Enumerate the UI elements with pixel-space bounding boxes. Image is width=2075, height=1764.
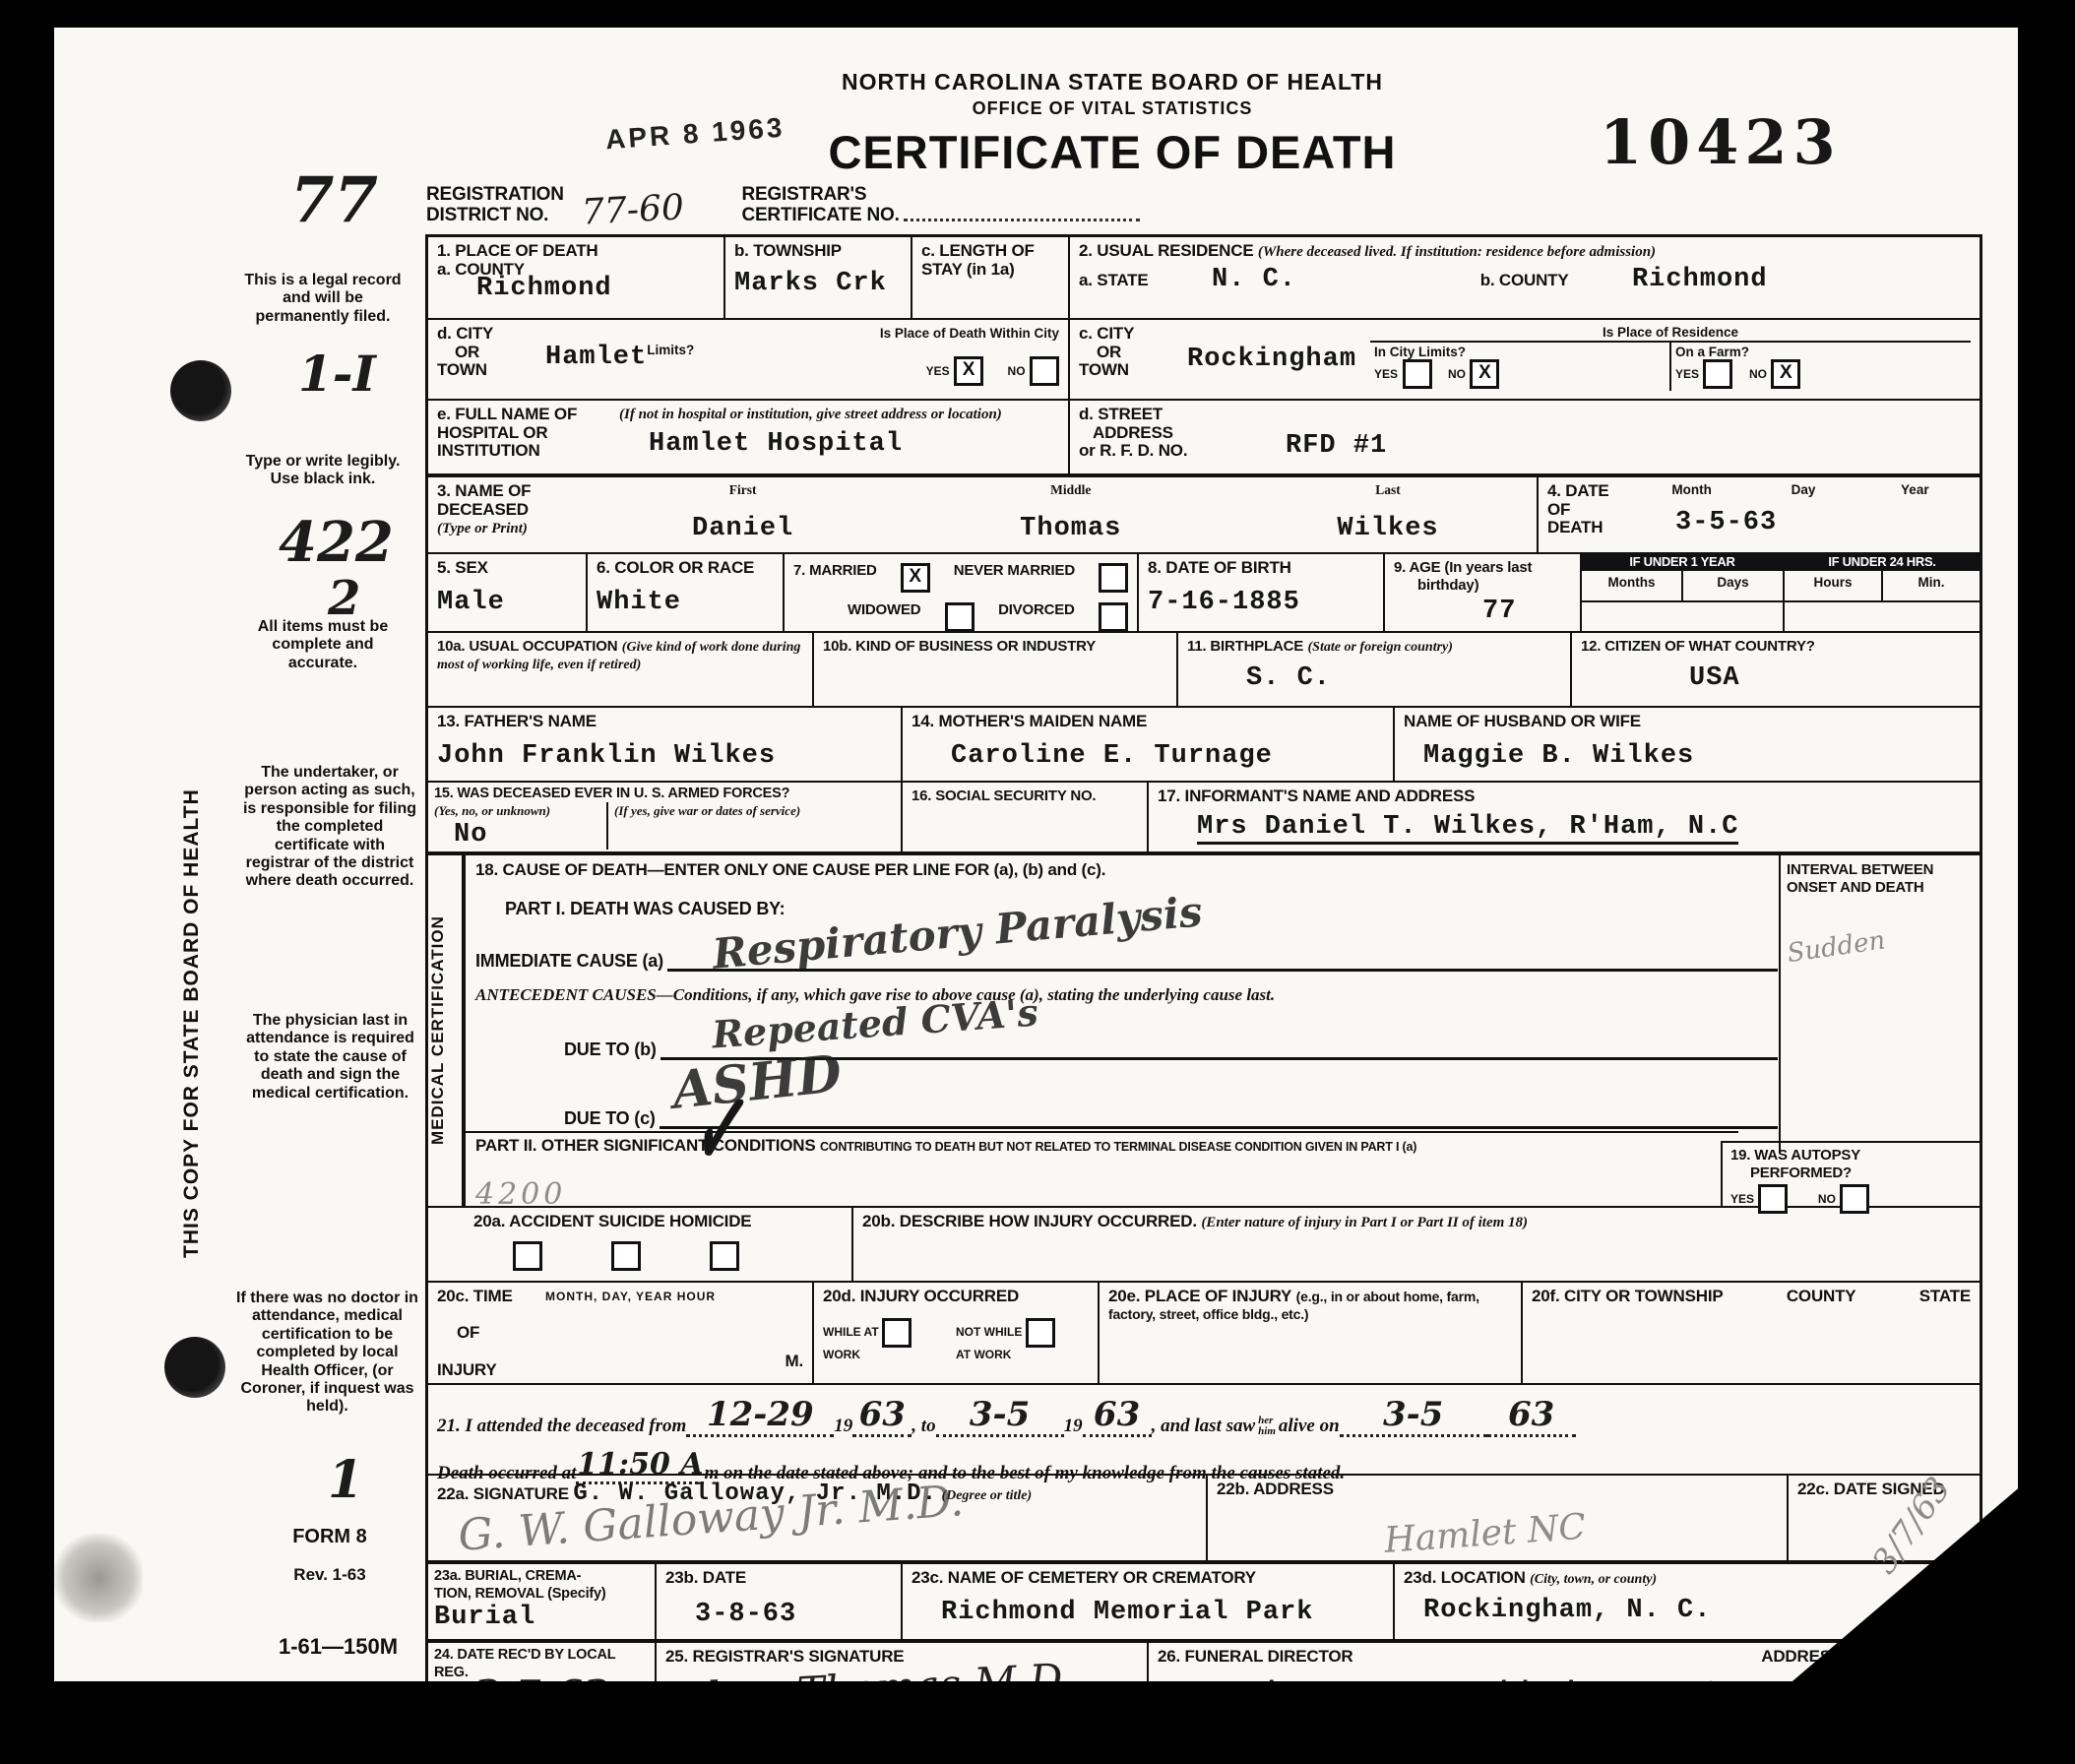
field-social-security: 16. SOCIAL SECURITY NO. (901, 783, 1147, 851)
field-place-of-injury: 20e. PLACE OF INJURY (e.g., in or about … (1098, 1283, 1521, 1383)
row-accident: 20a. ACCIDENT SUICIDE HOMICIDE 20b. DESC… (428, 1206, 1980, 1281)
margin-note-type: Type or write legibly. Use black ink. (239, 453, 407, 489)
row-parents-spouse: 13. FATHER'S NAME John Franklin Wilkes 1… (428, 706, 1980, 781)
accident-label: 20a. ACCIDENT SUICIDE HOMICIDE (473, 1212, 751, 1230)
field-usual-occupation: 10a. USUAL OCCUPATION (Give kind of work… (428, 633, 812, 706)
field-informant: 17. INFORMANT'S NAME AND ADDRESS Mrs Dan… (1147, 783, 1980, 851)
middle-name-col: Middle Thomas (894, 482, 1248, 543)
part2-note: CONTRIBUTING TO DEATH BUT NOT RELATED TO… (820, 1140, 1416, 1154)
usual-residence-label: 2. USUAL RESIDENCE (1079, 241, 1253, 260)
spouse-value: Maggie B. Wilkes (1423, 741, 1971, 771)
field-burial-type: 23a. BURIAL, CREMA- TION, REMOVAL (Speci… (428, 1564, 655, 1639)
divorced-checkbox (1099, 602, 1128, 632)
row-armed-forces-informant: 15. WAS DECEASED EVER IN U. S. ARMED FOR… (428, 781, 1980, 851)
birthplace-note: (State or foreign country) (1308, 640, 1453, 655)
field-color-race: 6. COLOR OR RACE White (586, 554, 783, 631)
injury-occurred-label: 20d. INJURY OCCURRED (823, 1287, 1019, 1305)
field-age: 9. AGE (In years last birthday) 77 (1383, 554, 1580, 631)
margin-note-legal: This is a legal record and will be perma… (239, 272, 407, 326)
color-race-label: 6. COLOR OR RACE (597, 558, 754, 577)
field-place-of-death-county: 1. PLACE OF DEATH a. COUNTY Richmond (428, 237, 723, 318)
length-of-stay-label: c. LENGTH OF STAY (in 1a) (921, 241, 1035, 279)
margin-handwritten-77: 77 (290, 163, 378, 237)
age-value: 77 (1482, 597, 1571, 626)
cause-of-death-label: 18. CAUSE OF DEATH—ENTER ONLY ONE CAUSE … (475, 861, 1778, 880)
field-if-under-24-hrs: IF UNDER 24 HRS. Hours Min. (1783, 554, 1980, 631)
first-name-value: Daniel (593, 514, 894, 543)
never-married-label: NEVER MARRIED (954, 563, 1075, 593)
birthplace-label: 11. BIRTHPLACE (1187, 638, 1303, 655)
interval-value: Sudden (1786, 913, 1975, 969)
row-burial: 23a. BURIAL, CREMA- TION, REMOVAL (Speci… (428, 1560, 1980, 1639)
citizen-label: 12. CITIZEN OF WHAT COUNTRY? (1581, 638, 1815, 655)
never-married-checkbox (1099, 563, 1128, 593)
field-hospital: e. FULL NAME OF HOSPITAL OR INSTITUTION … (428, 401, 1068, 473)
farm-yes-checkbox (1703, 359, 1732, 389)
last-alive-year: 63 (1508, 1395, 1554, 1434)
death-limits-yes-label: YES (926, 364, 950, 378)
field-death-city: d. CITY OR TOWN Hamlet Is Place of Death… (428, 320, 1068, 399)
burial-date-value: 3-8-63 (695, 1600, 892, 1629)
field-fathers-name: 13. FATHER'S NAME John Franklin Wilkes (428, 708, 901, 781)
cemetery-label: 23c. NAME OF CEMETERY OR CREMATORY (912, 1568, 1256, 1587)
suicide-checkbox (611, 1241, 641, 1271)
field-if-under-1-year: IF UNDER 1 YEAR Months Days (1580, 554, 1783, 631)
margin-handwritten-422: 422 (279, 510, 394, 575)
hospital-note: (If not in hospital or institution, give… (619, 407, 1002, 422)
in-city-no-label: NO (1448, 367, 1466, 381)
ssn-label: 16. SOCIAL SECURITY NO. (912, 787, 1096, 804)
row-occupation-birthplace: 10a. USUAL OCCUPATION (Give kind of work… (428, 631, 1980, 706)
field-husband-or-wife: NAME OF HUSBAND OR WIFE Maggie B. Wilkes (1393, 708, 1980, 781)
row-sex-race-marital: 5. SEX Male 6. COLOR OR RACE White 7. MA… (428, 552, 1980, 631)
in-city-no-checkbox: X (1470, 359, 1499, 389)
registration-line: REGISTRATION DISTRICT NO. 77-60 REGISTRA… (426, 185, 1657, 230)
field-date-received: 24. DATE REC'D BY LOCAL REG. 3-7-63 (428, 1643, 655, 1681)
hospital-label: e. FULL NAME OF HOSPITAL OR INSTITUTION (437, 406, 619, 461)
her-him-stack: herhim (1258, 1416, 1276, 1437)
armed-forces-note2: (If yes, give war or dates of service) (614, 803, 800, 818)
attended-to-value: 3-5 (970, 1395, 1030, 1434)
homicide-checkbox (710, 1241, 739, 1271)
margin-note-no-doctor: If there was no doctor in attendance, me… (236, 1290, 418, 1417)
punch-hole-top (170, 360, 231, 421)
burial-date-label: 23b. DATE (665, 1568, 746, 1587)
in-city-yes-checkbox (1403, 359, 1432, 389)
injury-city-label: 20f. CITY OR TOWNSHIP (1532, 1288, 1723, 1306)
in-city-yes-label: YES (1374, 367, 1398, 381)
last-name-col: Last Wilkes (1248, 482, 1528, 543)
sex-label: 5. SEX (437, 558, 488, 577)
row-place-residence: 1. PLACE OF DEATH a. COUNTY Richmond b. … (428, 237, 1980, 318)
married-checkbox: X (901, 563, 930, 593)
field-armed-forces: 15. WAS DECEASED EVER IN U. S. ARMED FOR… (428, 783, 901, 851)
date-received-value: 3-7-63 (473, 1671, 649, 1681)
death-city-value: Hamlet (545, 343, 647, 386)
death-city-label: d. CITY OR TOWN (437, 325, 545, 386)
in-city-limits-group: In City Limits? YES NO X (1370, 343, 1671, 392)
board-name: NORTH CAROLINA STATE BOARD OF HEALTH (546, 69, 1678, 95)
place-of-death-label: 1. PLACE OF DEATH (437, 241, 597, 260)
last-name-value: Wilkes (1248, 514, 1528, 543)
widowed-label: WIDOWED (848, 602, 920, 632)
attended-alive-on: alive on (1279, 1416, 1340, 1437)
year-prefix-1: 19 (834, 1416, 852, 1437)
field-cemetery: 23c. NAME OF CEMETERY OR CREMATORY Richm… (901, 1564, 1393, 1639)
scanned-death-certificate: { "page": { "stamp_number": "10423", "da… (0, 0, 2075, 1764)
row-name-date-of-death: 3. NAME OF DECEASED (Type or Print) Firs… (428, 473, 1980, 552)
fathers-name-value: John Franklin Wilkes (437, 741, 892, 771)
street-address-value: RFD #1 (1286, 431, 1387, 461)
mothers-name-value: Caroline E. Turnage (951, 741, 1384, 771)
birthplace-value: S. C. (1246, 663, 1561, 693)
state-value: N. C. (1212, 265, 1296, 294)
day-header: Day (1747, 482, 1858, 498)
attended-to-year: 63 (1094, 1395, 1140, 1434)
divorced-label: DIVORCED (998, 602, 1075, 632)
field-birthplace: 11. BIRTHPLACE (State or foreign country… (1176, 633, 1570, 706)
field-signer-address: 22b. ADDRESS Hamlet NC (1206, 1476, 1787, 1560)
margin-handwritten-1I: 1-I (298, 345, 376, 403)
time-of-injury-m: M. (545, 1353, 803, 1371)
row-hospital-street: e. FULL NAME OF HOSPITAL OR INSTITUTION … (428, 399, 1980, 473)
burial-value: Burial (434, 1603, 649, 1632)
certificate-form: 1. PLACE OF DEATH a. COUNTY Richmond b. … (425, 234, 1982, 1681)
describe-injury-label: 20b. DESCRIBE HOW INJURY OCCURRED. (862, 1212, 1197, 1230)
attended-last-saw: , and last saw (1152, 1416, 1256, 1437)
date-of-death-label: 4. DATE OF DEATH (1547, 482, 1636, 537)
residence-state: a. STATE N. C. (1079, 265, 1480, 294)
farm-no-checkbox: X (1771, 359, 1800, 389)
field-township: b. TOWNSHIP Marks Crk (723, 237, 911, 318)
row-physician-signature: 22a. SIGNATURE G. W. Galloway, Jr. M.D. … (428, 1474, 1980, 1560)
field-attended-statement: 21. I attended the deceased from 12-29 1… (428, 1385, 1980, 1474)
middle-name-value: Thomas (894, 514, 1248, 543)
punch-hole-bottom (164, 1337, 225, 1398)
residence-county-label: b. COUNTY (1480, 271, 1569, 289)
medical-certification-label: MEDICAL CERTIFICATION (428, 855, 462, 1206)
form-revision: Rev. 1-63 (266, 1565, 394, 1585)
row-injury-details: 20c. TIME OF INJURY MONTH, DAY, YEAR HOU… (428, 1281, 1980, 1383)
informant-value: Mrs Daniel T. Wilkes, R'Ham, N.C (1197, 812, 1738, 845)
field-usual-residence: 2. USUAL RESIDENCE (Where deceased lived… (1068, 237, 1980, 318)
signature-label: 22a. SIGNATURE (437, 1484, 569, 1503)
not-while-at-work-group: NOT WHILE AT WORK (956, 1318, 1055, 1361)
year-header: Year (1859, 482, 1971, 498)
death-limits-yes-checkbox: X (954, 356, 983, 386)
on-farm-group: On a Farm? YES NO X (1671, 343, 1971, 392)
not-while-at-work-checkbox (1026, 1318, 1055, 1348)
field-signature: 22a. SIGNATURE G. W. Galloway, Jr. M.D. … (428, 1476, 1206, 1560)
attended-pre: 21. I attended the deceased from (437, 1416, 686, 1437)
signer-address-label: 22b. ADDRESS (1217, 1480, 1334, 1498)
attended-to-word: , to (912, 1416, 935, 1437)
part2-handwritten-code: 4200 (475, 1177, 566, 1212)
time-of-injury-label: 20c. TIME OF INJURY (437, 1288, 545, 1379)
death-city-limits-label: Is Place of Death Within City Limits? (880, 326, 1059, 341)
sex-value: Male (437, 588, 577, 617)
field-length-of-stay: c. LENGTH OF STAY (in 1a) (911, 237, 1068, 318)
residence-county-value: Richmond (1632, 265, 1768, 294)
in-city-limits-label: In City Limits? (1374, 345, 1666, 360)
age-label: 9. AGE (In years last birthday) (1394, 559, 1532, 594)
death-limits-no-checkbox (1030, 356, 1059, 386)
field-mothers-maiden-name: 14. MOTHER'S MAIDEN NAME Caroline E. Tur… (901, 708, 1393, 781)
scan-smudge (54, 1534, 143, 1622)
funeral-director-label: 26. FUNERAL DIRECTOR (1158, 1647, 1352, 1666)
field-describe-injury: 20b. DESCRIBE HOW INJURY OCCURRED. (Ente… (851, 1208, 1980, 1281)
certificate-paper: NORTH CAROLINA STATE BOARD OF HEALTH OFF… (54, 28, 2018, 1681)
field-injury-occurred: 20d. INJURY OCCURRED WHILE AT WORK NOT W… (812, 1283, 1098, 1383)
under-24-hrs-header: IF UNDER 24 HRS. (1785, 554, 1980, 569)
married-label: 7. MARRIED (793, 563, 877, 593)
township-value: Marks Crk (734, 269, 902, 298)
part2-area: PART II. OTHER SIGNIFICANT CONDITIONS CO… (466, 1131, 1738, 1206)
location-note: (City, town, or county) (1530, 1572, 1657, 1587)
row-registrar: 24. DATE REC'D BY LOCAL REG. 3-7-63 25. … (428, 1639, 1980, 1681)
margin-note-complete: All items must be complete and accurate. (239, 618, 407, 672)
autopsy-no-label: NO (1818, 1192, 1836, 1206)
field-injury-city-county-state: 20f. CITY OR TOWNSHIP COUNTY STATE (1521, 1283, 1980, 1383)
on-farm-label: On a Farm? (1675, 345, 1967, 360)
first-name-col: First Daniel (593, 482, 894, 543)
due-to-b-label: DUE TO (b) (564, 1040, 657, 1060)
field-name-of-deceased: 3. NAME OF DECEASED (Type or Print) Firs… (428, 477, 1537, 552)
field-burial-date: 23b. DATE 3-8-63 (655, 1564, 901, 1639)
business-label: 10b. KIND OF BUSINESS OR INDUSTRY (823, 638, 1096, 655)
form-number: FORM 8 (266, 1526, 394, 1548)
township-label: b. TOWNSHIP (734, 241, 842, 260)
armed-forces-note1: (Yes, no, or unknown) (434, 803, 550, 818)
signer-address-value: Hamlet NC (1383, 1493, 1779, 1561)
field-date-of-death: 4. DATE OF DEATH Month Day Year 3-5-63 (1537, 477, 1980, 552)
reg-district-label: REGISTRATION DISTRICT NO. (426, 185, 564, 226)
state-label: a. STATE (1079, 271, 1149, 289)
name-of-deceased-label: 3. NAME OF DECEASED (Type or Print) (437, 482, 593, 543)
first-name-header: First (593, 482, 894, 498)
field-marital-status: 7. MARRIED X NEVER MARRIED WIDOWED DIVOR… (783, 554, 1137, 631)
margin-handwritten-1: 1 (328, 1450, 363, 1510)
immediate-cause-label: IMMEDIATE CAUSE (a) (475, 952, 663, 972)
field-date-of-birth: 8. DATE OF BIRTH 7-16-1885 (1137, 554, 1383, 631)
last-alive-value: 3-5 (1383, 1395, 1443, 1434)
due-to-c-label: DUE TO (c) (564, 1109, 656, 1129)
injury-state-label: STATE (1919, 1288, 1971, 1306)
date-of-death-value: 3-5-63 (1675, 508, 1971, 537)
field-time-of-injury: 20c. TIME OF INJURY MONTH, DAY, YEAR HOU… (428, 1283, 812, 1383)
informant-label: 17. INFORMANT'S NAME AND ADDRESS (1158, 787, 1475, 805)
hospital-value: Hamlet Hospital (649, 429, 1002, 459)
death-limits-no-label: NO (1008, 364, 1026, 378)
describe-injury-note: (Enter nature of injury in Part I or Par… (1201, 1215, 1528, 1230)
cemetery-value: Richmond Memorial Park (941, 1598, 1384, 1627)
spouse-label: NAME OF HUSBAND OR WIFE (1404, 712, 1641, 730)
field-autopsy: 19. WAS AUTOPSY PERFORMED? YES NO (1721, 1141, 1980, 1206)
residence-county: b. COUNTY Richmond (1480, 265, 1971, 294)
days-header: Days (1683, 571, 1783, 600)
cause-of-death-area: 18. CAUSE OF DEATH—ENTER ONLY ONE CAUSE … (466, 855, 1788, 1135)
date-of-birth-value: 7-16-1885 (1148, 588, 1374, 617)
row-medical-certification: MEDICAL CERTIFICATION INTERVAL BETWEEN O… (428, 851, 1980, 1206)
time-of-injury-sub: MONTH, DAY, YEAR HOUR (545, 1290, 716, 1303)
field-citizen: 12. CITIZEN OF WHAT COUNTRY? USA (1570, 633, 1980, 706)
location-label: 23d. LOCATION (1404, 1568, 1526, 1587)
interval-label: INTERVAL BETWEEN ONSET AND DEATH (1787, 861, 1933, 896)
armed-forces-value: No (454, 820, 606, 850)
middle-name-header: Middle (894, 482, 1248, 498)
injury-county-label: COUNTY (1787, 1288, 1856, 1306)
min-header: Min. (1883, 571, 1980, 600)
field-residence-city: c. CITY OR TOWN Rockingham Is Place of R… (1068, 320, 1980, 399)
is-place-of-residence-label: Is Place of Residence (1370, 325, 1971, 343)
last-name-header: Last (1248, 482, 1528, 498)
attended-from-value: 12-29 (707, 1395, 814, 1434)
part2-label: PART II. OTHER SIGNIFICANT CONDITIONS (475, 1136, 816, 1155)
months-header: Months (1582, 571, 1683, 600)
funeral-director-value: Marks (1217, 1678, 1301, 1681)
attended-from-year: 63 (859, 1395, 906, 1434)
field-registrar-signature: 25. REGISTRAR'S SIGNATURE Clem Thomas M.… (655, 1643, 1147, 1681)
armed-forces-left: (Yes, no, or unknown) No (434, 802, 608, 850)
margin-note-undertaker: The undertaker, or person acting as such… (241, 764, 418, 891)
print-code: 1-61—150M (279, 1634, 398, 1660)
autopsy-label: 19. WAS AUTOPSY PERFORMED? (1730, 1147, 1860, 1181)
year-prefix-2: 19 (1064, 1416, 1083, 1437)
farm-no-label: NO (1749, 367, 1767, 381)
burial-label: 23a. BURIAL, CREMA- TION, REMOVAL (Speci… (434, 1568, 606, 1602)
field-accident-suicide-homicide: 20a. ACCIDENT SUICIDE HOMICIDE (428, 1208, 851, 1281)
margin-vertical-copy-label: THIS COPY FOR STATE BOARD OF HEALTH (180, 667, 204, 1258)
registrar-cert-blank (904, 185, 1140, 221)
mothers-name-label: 14. MOTHER'S MAIDEN NAME (912, 712, 1147, 730)
registrar-signature-label: 25. REGISTRAR'S SIGNATURE (665, 1647, 904, 1666)
registrar-cert-label: REGISTRAR'S CERTIFICATE NO. (741, 185, 899, 226)
antecedent-label: ANTECEDENT CAUSES—Conditions, if any, wh… (475, 985, 1778, 1005)
field-business-industry: 10b. KIND OF BUSINESS OR INDUSTRY (812, 633, 1176, 706)
hours-header: Hours (1785, 571, 1883, 600)
field-street-address: d. STREET ADDRESS or R. F. D. NO. RFD #1 (1068, 401, 1980, 473)
while-at-work-checkbox (882, 1318, 912, 1348)
field-sex: 5. SEX Male (428, 554, 586, 631)
street-address-label: d. STREET ADDRESS or R. F. D. NO. (1079, 406, 1226, 461)
date-of-birth-label: 8. DATE OF BIRTH (1148, 558, 1291, 577)
color-race-value: White (597, 588, 774, 617)
interval-column: INTERVAL BETWEEN ONSET AND DEATH Sudden (1779, 855, 1980, 1153)
residence-city-label: c. CITY OR TOWN (1079, 325, 1187, 391)
row-city-town: d. CITY OR TOWN Hamlet Is Place of Death… (428, 318, 1980, 399)
residence-city-value: Rockingham (1187, 345, 1356, 391)
row-attended: 21. I attended the deceased from 12-29 1… (428, 1383, 1980, 1474)
reg-district-value: 77-60 (581, 187, 685, 232)
farm-yes-label: YES (1675, 367, 1699, 381)
widowed-checkbox (945, 602, 975, 632)
county-value: Richmond (476, 274, 715, 303)
month-header: Month (1636, 482, 1747, 498)
funeral-director-address-value: Rockingham, N. C. (1449, 1678, 1736, 1681)
citizen-value: USA (1689, 663, 1971, 693)
usual-residence-note: (Where deceased lived. If institution: r… (1258, 244, 1656, 260)
margin-note-physician: The physician last in attendance is requ… (239, 1012, 421, 1102)
place-of-injury-label: 20e. PLACE OF INJURY (1108, 1287, 1291, 1305)
certificate-number-stamp: 10423 (1600, 106, 1842, 178)
occupation-label: 10a. USUAL OCCUPATION (437, 638, 617, 655)
fathers-name-label: 13. FATHER'S NAME (437, 712, 597, 730)
armed-forces-label: 15. WAS DECEASED EVER IN U. S. ARMED FOR… (434, 786, 789, 801)
accident-checkbox (513, 1241, 542, 1271)
while-at-work-group: WHILE AT WORK (823, 1318, 956, 1361)
under-1-year-header: IF UNDER 1 YEAR (1582, 554, 1783, 569)
medical-certification-strip: MEDICAL CERTIFICATION (428, 855, 464, 1206)
